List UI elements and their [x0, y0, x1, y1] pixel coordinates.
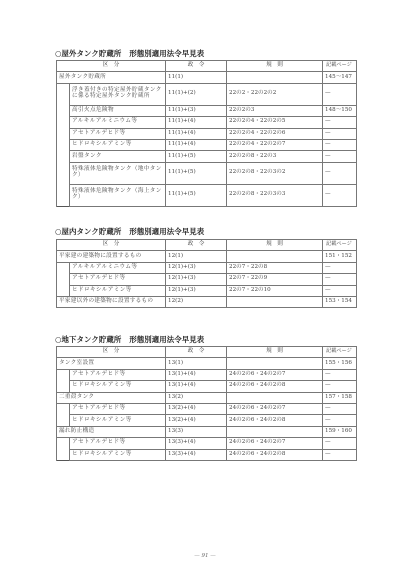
row-page: —	[323, 139, 357, 150]
header-rule: 規 則	[227, 347, 323, 358]
row-category: 漏れ防止構造	[57, 426, 166, 437]
row-category: 平家建の建築物に設置するもの	[57, 251, 166, 262]
table-header-row: 区 分 政 令 規 則 記載ページ	[57, 61, 357, 72]
row-order: 11(1)+(3)	[166, 105, 227, 116]
row-order: 13(1)+(4)	[166, 369, 227, 380]
table-row: 二重殻タンク 13(2) 157・158	[57, 392, 357, 403]
row-rule: 24の2の6・24の2の7	[227, 403, 323, 414]
row-category: 特殊液体危険物タンク（地中タンク）	[70, 162, 166, 184]
table-row: 漏れ防止構造 13(3) 159・160	[57, 426, 357, 437]
row-rule: 22の2の8・22の3の3	[227, 184, 323, 206]
row-order: 11(1)+(4)	[166, 128, 227, 139]
row-page: —	[323, 262, 357, 273]
underground-tank-table: 区 分 政 令 規 則 記載ページ タンク室設置 13(1) 155・156 ア…	[56, 346, 357, 461]
row-page: 145～147	[323, 72, 357, 83]
table-row: アセトアルデヒド等 13(1)+(4) 24の2の6・24の2の7 —	[57, 369, 357, 380]
row-category: 特殊液体危険物タンク（海上タンク）	[70, 184, 166, 206]
row-category: ヒドロキシルアミン等	[70, 139, 166, 150]
row-page: —	[323, 285, 357, 296]
table-row: ヒドロキシルアミン等 13(1)+(4) 24の2の6・24の2の8 —	[57, 381, 357, 392]
row-order: 11(1)+(5)	[166, 151, 227, 162]
table-row: ヒドロキシルアミン等 13(2)+(4) 24の2の6・24の2の8 —	[57, 415, 357, 426]
table-row: 平家建以外の建築物に設置するもの 12(2) 153・154	[57, 296, 357, 307]
row-page: 151・152	[323, 251, 357, 262]
row-order: 13(3)	[166, 426, 227, 437]
row-rule: 22の2の4・22の2の5	[227, 117, 323, 128]
table-row: 特殊液体危険物タンク（地中タンク） 11(1)+(5) 22の2の8・22の3の…	[57, 162, 357, 184]
row-order: 11(1)+(5)	[166, 184, 227, 206]
indent-cell	[57, 83, 70, 206]
section-title-outdoor-tank: ○屋外タンク貯蔵所形態別適用法令早見表	[55, 48, 204, 59]
section-title-sub: 形態別適用法令早見表	[129, 49, 204, 58]
header-category: 区 分	[57, 347, 166, 358]
section-title-main: ○屋内タンク貯蔵所	[55, 227, 121, 236]
row-rule: 24の2の6・24の2の7	[227, 438, 323, 449]
section-title-sub: 形態別適用法令早見表	[129, 335, 204, 344]
table-row: ヒドロキシルアミン等 11(1)+(4) 22の2の4・22の2の7 —	[57, 139, 357, 150]
indoor-tank-table: 区 分 政 令 規 則 記載ページ 平家建の建築物に設置するもの 12(1) 1…	[56, 239, 357, 308]
row-category: タンク室設置	[57, 358, 166, 369]
outdoor-tank-table: 区 分 政 令 規 則 記載ページ 屋外タンク貯蔵所 11(1) 145～147…	[56, 60, 357, 207]
row-page: 153・154	[323, 296, 357, 307]
row-order: 11(1)+(2)	[166, 83, 227, 105]
row-order: 13(2)+(4)	[166, 415, 227, 426]
row-rule: 22の2の4・22の2の6	[227, 128, 323, 139]
table-row: アセトアルデヒド等 13(2)+(4) 24の2の6・24の2の7 —	[57, 403, 357, 414]
row-category: ヒドロキシルアミン等	[70, 381, 166, 392]
row-page: —	[323, 83, 357, 105]
row-rule: 22の7・22の10	[227, 285, 323, 296]
table-row: ヒドロキシルアミン等 12(1)+(3) 22の7・22の10 —	[57, 285, 357, 296]
section-title-sub: 形態別適用法令早見表	[129, 227, 204, 236]
row-order: 13(2)	[166, 392, 227, 403]
indent-cell	[57, 262, 70, 296]
row-category: アルキルアルミニウム等	[70, 262, 166, 273]
table-row: 浮き蓋付きの特定屋外貯蔵タンクに係る特定屋外タンク貯蔵所 11(1)+(2) 2…	[57, 83, 357, 105]
row-category: アセトアルデヒド等	[70, 128, 166, 139]
table-row: アルキルアルミニウム等 11(1)+(4) 22の2の4・22の2の5 —	[57, 117, 357, 128]
table-row: タンク室設置 13(1) 155・156	[57, 358, 357, 369]
row-order: 12(1)	[166, 251, 227, 262]
row-page: —	[323, 151, 357, 162]
row-order: 12(2)	[166, 296, 227, 307]
row-rule: 22の2の8・22の3	[227, 151, 323, 162]
table-row: 岩盤タンク 11(1)+(5) 22の2の8・22の3 —	[57, 151, 357, 162]
row-page: —	[323, 438, 357, 449]
header-page: 記載ページ	[323, 240, 357, 251]
table-row: アルキルアルミニウム等 12(1)+(3) 22の7・22の8 —	[57, 262, 357, 273]
section-title-underground-tank: ○地下タンク貯蔵所形態別適用法令早見表	[55, 334, 204, 345]
row-order: 11(1)+(4)	[166, 117, 227, 128]
row-rule: 24の2の6・24の2の7	[227, 369, 323, 380]
row-order: 13(2)+(4)	[166, 403, 227, 414]
header-rule: 規 則	[227, 61, 323, 72]
header-order: 政 令	[166, 240, 227, 251]
row-rule	[227, 358, 323, 369]
header-rule: 規 則	[227, 240, 323, 251]
row-order: 13(3)+(4)	[166, 438, 227, 449]
table-row: アセトアルデヒド等 11(1)+(4) 22の2の4・22の2の6 —	[57, 128, 357, 139]
row-category: アセトアルデヒド等	[70, 403, 166, 414]
row-rule	[227, 426, 323, 437]
row-category: 二重殻タンク	[57, 392, 166, 403]
row-page: —	[323, 117, 357, 128]
row-page: —	[323, 274, 357, 285]
row-rule	[227, 296, 323, 307]
header-order: 政 令	[166, 347, 227, 358]
table-row: 屋外タンク貯蔵所 11(1) 145～147	[57, 72, 357, 83]
row-page: —	[323, 184, 357, 206]
row-category: ヒドロキシルアミン等	[70, 415, 166, 426]
row-category: アセトアルデヒド等	[70, 369, 166, 380]
row-rule	[227, 251, 323, 262]
row-category: ヒドロキシルアミン等	[70, 449, 166, 460]
row-order: 13(1)+(4)	[166, 381, 227, 392]
row-order: 13(3)+(4)	[166, 449, 227, 460]
row-category: 高引火点危険物	[70, 105, 166, 116]
header-page: 記載ページ	[323, 347, 357, 358]
row-page: —	[323, 369, 357, 380]
row-category: アセトアルデヒド等	[70, 438, 166, 449]
row-rule: 24の2の6・24の2の8	[227, 449, 323, 460]
row-page: —	[323, 415, 357, 426]
header-order: 政 令	[166, 61, 227, 72]
row-page: 155・156	[323, 358, 357, 369]
row-category: 岩盤タンク	[70, 151, 166, 162]
row-page: 157・158	[323, 392, 357, 403]
row-rule: 24の2の6・24の2の8	[227, 381, 323, 392]
section-title-main: ○屋外タンク貯蔵所	[55, 49, 121, 58]
row-rule	[227, 392, 323, 403]
header-page: 記載ページ	[323, 61, 357, 72]
row-rule: 22の2の8・22の3の2	[227, 162, 323, 184]
table-row: 平家建の建築物に設置するもの 12(1) 151・152	[57, 251, 357, 262]
row-rule: 22の7・22の9	[227, 274, 323, 285]
row-rule: 22の2の4・22の2の7	[227, 139, 323, 150]
row-page: 148～150	[323, 105, 357, 116]
indent-cell	[57, 438, 70, 461]
row-order: 13(1)	[166, 358, 227, 369]
row-page: —	[323, 162, 357, 184]
row-rule: 24の2の6・24の2の8	[227, 415, 323, 426]
row-order: 12(1)+(3)	[166, 285, 227, 296]
row-rule	[227, 72, 323, 83]
table-row: 高引火点危険物 11(1)+(3) 22の2の3 148～150	[57, 105, 357, 116]
row-order: 12(1)+(3)	[166, 262, 227, 273]
table-row: アセトアルデヒド等 13(3)+(4) 24の2の6・24の2の7 —	[57, 438, 357, 449]
row-rule: 22の7・22の8	[227, 262, 323, 273]
row-category: アルキルアルミニウム等	[70, 117, 166, 128]
page-number: — 91 —	[0, 553, 410, 559]
row-order: 11(1)+(5)	[166, 162, 227, 184]
row-order: 11(1)+(4)	[166, 139, 227, 150]
table-row: 特殊液体危険物タンク（海上タンク） 11(1)+(5) 22の2の8・22の3の…	[57, 184, 357, 206]
row-page: —	[323, 403, 357, 414]
row-page: —	[323, 128, 357, 139]
row-category: 浮き蓋付きの特定屋外貯蔵タンクに係る特定屋外タンク貯蔵所	[70, 83, 166, 105]
row-order: 12(1)+(3)	[166, 274, 227, 285]
header-category: 区 分	[57, 240, 166, 251]
section-title-main: ○地下タンク貯蔵所	[55, 335, 121, 344]
row-rule: 22の2の3	[227, 105, 323, 116]
section-title-indoor-tank: ○屋内タンク貯蔵所形態別適用法令早見表	[55, 226, 204, 237]
table-row: ヒドロキシルアミン等 13(3)+(4) 24の2の6・24の2の8 —	[57, 449, 357, 460]
row-order: 11(1)	[166, 72, 227, 83]
indent-cell	[57, 403, 70, 426]
row-category: 屋外タンク貯蔵所	[57, 72, 166, 83]
header-category: 区 分	[57, 61, 166, 72]
row-rule: 22の2・22の2の2	[227, 83, 323, 105]
indent-cell	[57, 369, 70, 392]
table-header-row: 区 分 政 令 規 則 記載ページ	[57, 240, 357, 251]
row-page: 159・160	[323, 426, 357, 437]
row-category: ヒドロキシルアミン等	[70, 285, 166, 296]
row-page: —	[323, 381, 357, 392]
table-header-row: 区 分 政 令 規 則 記載ページ	[57, 347, 357, 358]
row-category: アセトアルデヒド等	[70, 274, 166, 285]
row-page: —	[323, 449, 357, 460]
table-row: アセトアルデヒド等 12(1)+(3) 22の7・22の9 —	[57, 274, 357, 285]
row-category: 平家建以外の建築物に設置するもの	[57, 296, 166, 307]
